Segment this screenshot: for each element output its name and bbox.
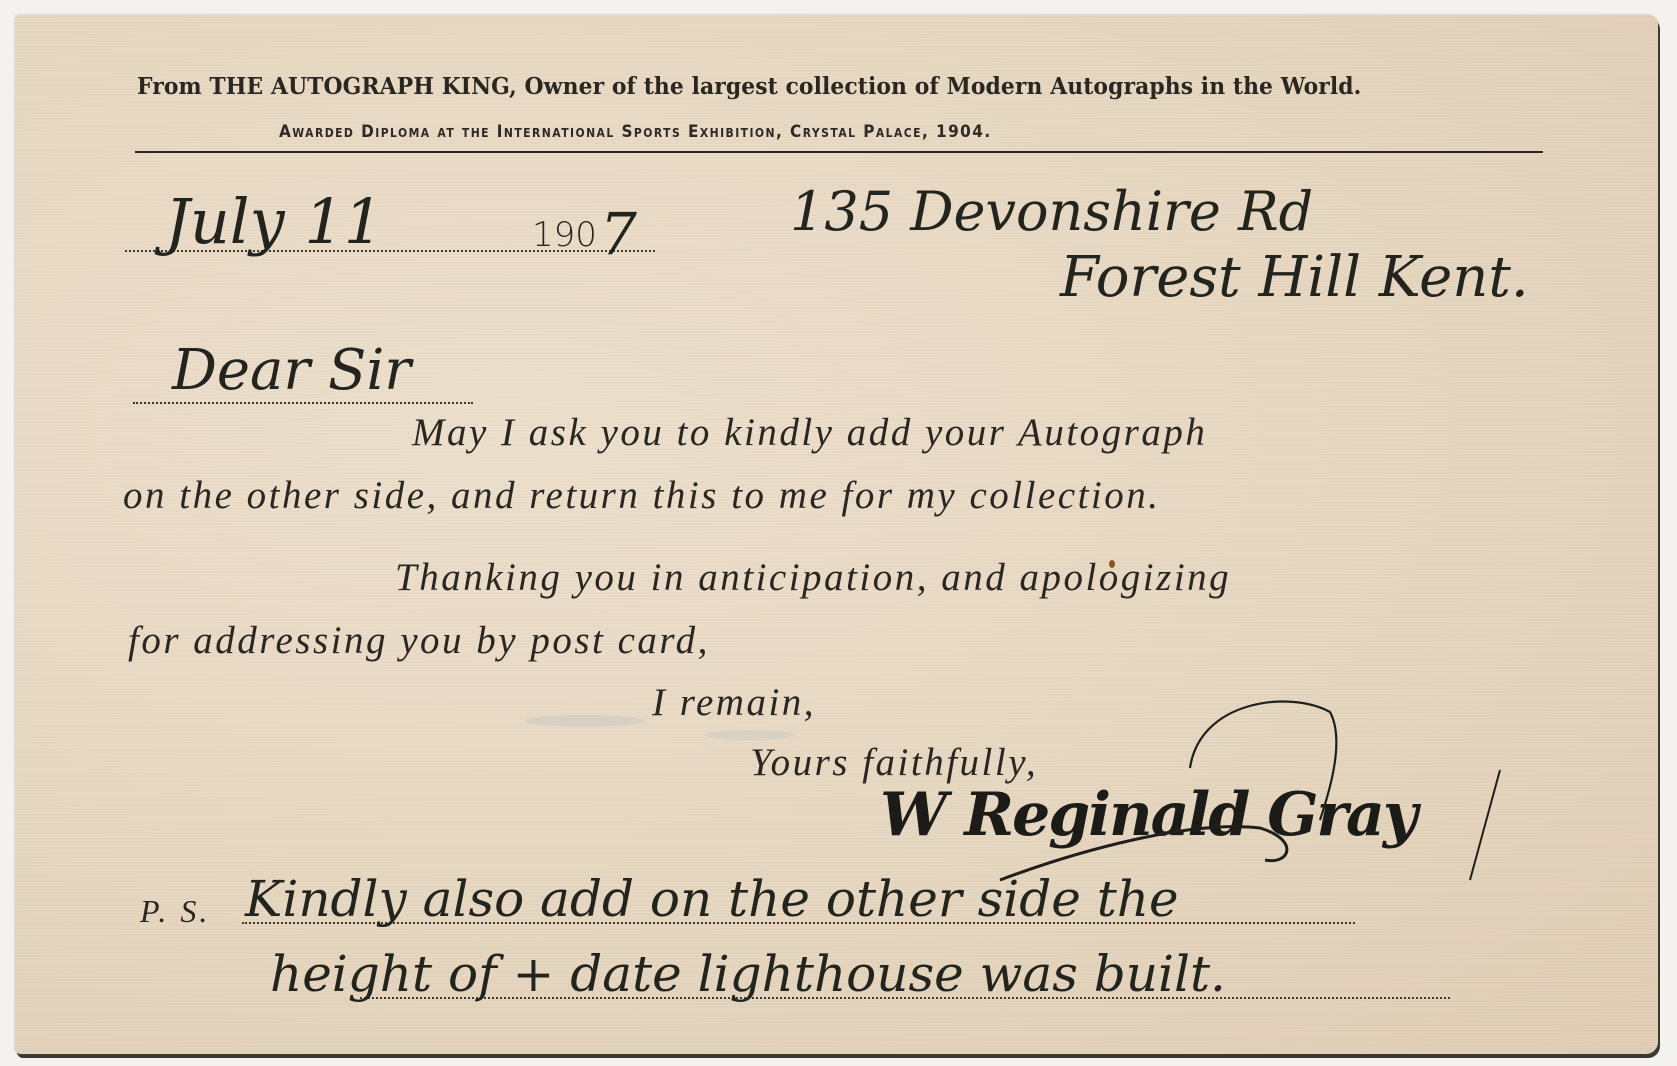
postscript-label: P. S.: [140, 893, 210, 930]
postscript-line-1: Kindly also add on the other side the: [245, 870, 1179, 928]
handwritten-year-digit: 7: [600, 200, 637, 268]
address-line-1: 135 Devonshire Rd: [790, 180, 1313, 243]
handwritten-date: July 11: [165, 185, 383, 258]
header-subtitle: Awarded Diploma at the International Spo…: [279, 122, 992, 142]
signature: W Reginald Gray: [880, 780, 1416, 850]
closing-faithfully: Yours faithfully,: [750, 740, 1038, 785]
paper-stain: [525, 715, 645, 727]
body-line-2: on the other side, and return this to me…: [123, 473, 1161, 518]
printed-year-prefix: 190: [532, 215, 597, 255]
header-rule: [135, 151, 1543, 153]
postscript-line-2: height of + date lighthouse was built.: [270, 945, 1226, 1003]
body-line-1: May I ask you to kindly add your Autogra…: [412, 410, 1207, 455]
salutation: Dear Sir: [172, 338, 411, 403]
body-line-4: for addressing you by post card,: [128, 618, 710, 663]
closing-remain: I remain,: [652, 680, 816, 725]
body-line-3: Thanking you in anticipation, and apolog…: [395, 555, 1231, 600]
paper-stain: [705, 730, 795, 740]
address-line-2: Forest Hill Kent.: [1060, 245, 1529, 310]
header-title: From THE AUTOGRAPH KING, Owner of the la…: [137, 72, 1425, 100]
